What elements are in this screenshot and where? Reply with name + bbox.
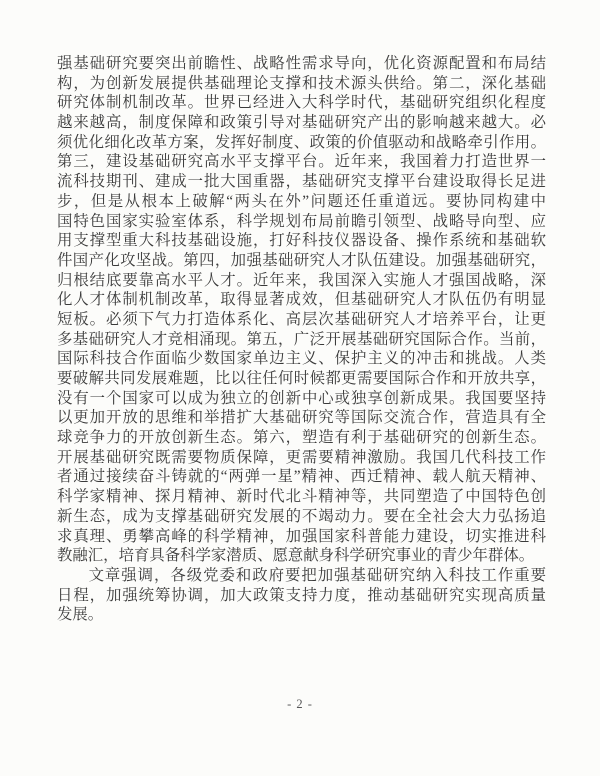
text-line: 多基础研究人才竞相涌现。第五，广泛开展基础研究国际合作。当前，	[57, 330, 546, 350]
text-line: 第三，建设基础研究高水平支撑平台。近年来，我国着力打造世界一	[57, 152, 546, 172]
text-line: 国特色国家实验室体系，科学规划布局前瞻引领型、战略导向型、应	[57, 212, 546, 232]
text-line: 教融汇，培育具备科学家潜质、愿意献身科学研究事业的青少年群体。	[57, 546, 546, 566]
text-line: 研究体制机制改革。世界已经进入大科学时代，基础研究组织化程度	[57, 93, 546, 113]
text-line: 用支撑型重大科技基础设施，打好科技仪器设备、操作系统和基础软	[57, 231, 546, 251]
text-line: 球竞争力的开放创新生态。第六，塑造有利于基础研究的创新生态。	[57, 428, 546, 448]
text-line: 要破解共同发展难题，比以往任何时候都更需要国际合作和开放共享，	[57, 369, 546, 389]
text-line: 国际科技合作面临少数国家单边主义、保护主义的冲击和挑战。人类	[57, 349, 546, 369]
text-line: 日程，加强统筹协调，加大政策支持力度，推动基础研究实现高质量	[57, 586, 546, 606]
text-line: 科学家精神、探月精神、新时代北斗精神等，共同塑造了中国特色创	[57, 487, 546, 507]
text-line: 短板。必须下气力打造体系化、高层次基础研究人才培养平台，让更	[57, 310, 546, 330]
text-line: 没有一个国家可以成为独立的创新中心或独享创新成果。我国要坚持	[57, 389, 546, 409]
text-line: 文章强调，各级党委和政府要把加强基础研究纳入科技工作重要	[57, 566, 546, 586]
text-line: 步，但是从根本上破解“两头在外”问题还任重道远。要协同构建中	[57, 192, 546, 212]
text-line: 求真理、勇攀高峰的科学精神，加强国家科普能力建设，切实推进科	[57, 527, 546, 547]
text-line: 以更加开放的思维和举措扩大基础研究等国际交流合作，营造具有全	[57, 408, 546, 428]
text-line: 构，为创新发展提供基础理论支撑和技术源头供给。第二，深化基础	[57, 74, 546, 94]
document-page: 强基础研究要突出前瞻性、战略性需求导向，优化资源配置和布局结构，为创新发展提供基…	[0, 0, 600, 776]
text-line: 流科技期刊、建成一批大国重器，基础研究支撑平台建设取得长足进	[57, 172, 546, 192]
text-line: 新生态，成为支撑基础研究发展的不竭动力。要在全社会大力弘扬追	[57, 507, 546, 527]
text-line: 越来越高，制度保障和政策引导对基础研究产出的影响越来越大。必	[57, 113, 546, 133]
text-line: 强基础研究要突出前瞻性、战略性需求导向，优化资源配置和布局结	[57, 54, 546, 74]
text-line: 归根结底要靠高水平人才。近年来，我国深入实施人才强国战略，深	[57, 271, 546, 291]
text-line: 者通过接续奋斗铸就的“两弹一星”精神、西迁精神、载人航天精神、	[57, 467, 546, 487]
text-line: 件国产化攻坚战。第四，加强基础研究人才队伍建设。加强基础研究，	[57, 251, 546, 271]
page-number: - 2 -	[0, 697, 600, 712]
text-line: 发展。	[57, 605, 546, 625]
text-body: 强基础研究要突出前瞻性、战略性需求导向，优化资源配置和布局结构，为创新发展提供基…	[57, 54, 546, 625]
text-line: 化人才体制机制改革，取得显著成效，但基础研究人才队伍仍有明显	[57, 290, 546, 310]
text-line: 须优化细化改革方案，发挥好制度、政策的价值驱动和战略牵引作用。	[57, 133, 546, 153]
text-line: 开展基础研究既需要物质保障，更需要精神激励。我国几代科技工作	[57, 448, 546, 468]
